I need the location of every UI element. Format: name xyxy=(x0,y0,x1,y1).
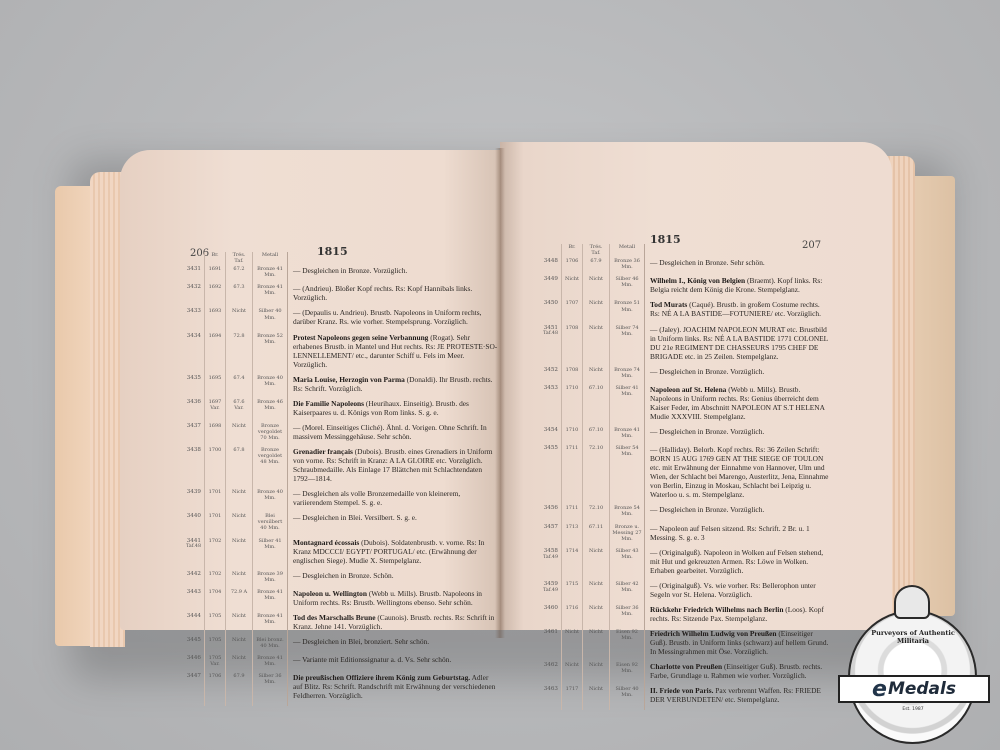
entry-number-value: 3438 xyxy=(187,447,201,453)
entry-metall: Bronze 46 Mm. xyxy=(253,399,288,423)
entry-metall: Bronze u. Messing 27 Mm. xyxy=(610,524,645,548)
entry-br: 1715 xyxy=(562,581,583,605)
entry-number-value: 3443 xyxy=(187,589,201,595)
entry-br: 1711 xyxy=(562,445,583,505)
entry-br: Nicht xyxy=(562,629,583,662)
entry-number: 3459Taf.49 xyxy=(532,581,562,605)
entry-tres: 67.10 xyxy=(583,427,610,445)
entry-number: 3460 xyxy=(532,605,562,629)
entry-description: Die Familie Napoleons (Heurihaux. Einsei… xyxy=(288,399,501,423)
entry-number-value: 3452 xyxy=(544,367,558,373)
entry-metall: Bronze 41 Mm. xyxy=(253,266,288,284)
entry-metall: Silber 43 Mm. xyxy=(610,548,645,581)
catalog-entry: 3431169167.2Bronze 41 Mm.— Desgleichen i… xyxy=(175,266,500,284)
entry-text: — Desgleichen in Blei. Versilbert. S. g.… xyxy=(293,513,417,522)
entry-number-value: 3437 xyxy=(187,423,201,429)
entry-title: Die Familie Napoleons xyxy=(293,399,364,408)
entry-number: 3457 xyxy=(532,524,562,548)
catalog-entry: 3456171172.10Bronze 54 Mm.— Desgleichen … xyxy=(532,505,832,523)
catalog-table-container: Br. Trés. Taf. Metall 3448170667.9Bronze… xyxy=(532,244,832,710)
entry-tres: Nicht xyxy=(583,300,610,324)
entry-tres: Nicht xyxy=(583,662,610,686)
entry-text: — Desgleichen als volle Bronzemedaille v… xyxy=(293,489,460,507)
entry-number-value: 3456 xyxy=(544,505,558,511)
entry-description: — Desgleichen in Bronze. Sehr schön. xyxy=(645,258,833,276)
catalog-entry: 3451Taf.481708NichtSilber 74 Mm.— (Jaley… xyxy=(532,325,832,367)
entry-tres: Nicht xyxy=(583,581,610,605)
entry-number: 3431 xyxy=(175,266,205,284)
logo-motto: Purveyors of Authentic Militaria xyxy=(863,629,963,645)
header-br: Br. xyxy=(562,244,583,258)
entry-number: 3439 xyxy=(175,489,205,513)
entry-br: 1705 xyxy=(205,637,226,655)
entry-number-value: 3444 xyxy=(187,613,201,619)
entry-metall: Bronze 40 Mm. xyxy=(253,489,288,513)
entry-metall: Silber 42 Mm. xyxy=(610,581,645,605)
entry-number-value: 3461 xyxy=(544,629,558,635)
logo-ribbon: eMedals xyxy=(838,675,990,703)
entry-tres: Nicht xyxy=(583,367,610,385)
entry-number: 3461 xyxy=(532,629,562,662)
entry-number: 3458Taf.49 xyxy=(532,548,562,581)
entry-tres: 72.10 xyxy=(583,445,610,505)
catalog-entry: 3432169267.3Bronze 41 Mm.— (Andrieu). Bl… xyxy=(175,284,500,308)
entry-title: Friedrich Wilhelm Ludwig von Preußen xyxy=(650,629,776,638)
catalog-entry: 3441Taf.481702NichtSilber 41 Mm.Montagna… xyxy=(175,538,500,571)
entry-description: — (Originalguß). Vs. wie vorher. Rs: Bel… xyxy=(645,581,833,605)
catalog-entry: 3457171367.11Bronze u. Messing 27 Mm.— N… xyxy=(532,524,832,548)
entry-title: Charlotte von Preußen xyxy=(650,662,722,671)
entry-number-value: 3431 xyxy=(187,266,201,272)
entry-title: Grenadier français xyxy=(293,447,353,456)
header-metall: Metall xyxy=(610,244,645,258)
catalog-entry: 34331693NichtSilber 40 Mm.— (Depaulis u.… xyxy=(175,308,500,332)
entry-description: Napoleon u. Wellington (Webb u. Mills). … xyxy=(288,589,501,613)
crown-icon xyxy=(894,585,930,619)
entry-br: 1710 xyxy=(562,385,583,427)
logo-brand-prefix: e xyxy=(872,677,887,702)
entry-metall: Silber 36 Mm. xyxy=(253,673,288,706)
entry-tres: Nicht xyxy=(226,423,253,447)
header-description xyxy=(645,244,833,258)
logo-brand-name: Medals xyxy=(888,679,956,699)
entry-plate: Taf.49 xyxy=(534,555,558,561)
entry-tres: 67.9 xyxy=(583,258,610,276)
entry-description: — Desgleichen in Bronze. Vorzüglich. xyxy=(645,367,833,385)
entry-description: II. Friede von Paris. Pax verbrennt Waff… xyxy=(645,686,833,710)
entry-tres: Nicht xyxy=(226,613,253,637)
header-number xyxy=(175,252,205,266)
entry-tres: Nicht xyxy=(226,489,253,513)
entry-description: Die preußischen Offiziere ihrem König zu… xyxy=(288,673,501,706)
entry-tres: 67.10 xyxy=(583,385,610,427)
catalog-entry: 34631717NichtSilber 40 Mm.II. Friede von… xyxy=(532,686,832,710)
entry-number-value: 3459 xyxy=(544,581,558,587)
entry-metall: Silber 54 Mm. xyxy=(610,445,645,505)
entry-tres: Nicht xyxy=(583,629,610,662)
entry-number-value: 3454 xyxy=(544,427,558,433)
entry-number-value: 3463 xyxy=(544,686,558,692)
entry-number-value: 3432 xyxy=(187,284,201,290)
entry-text: — Napoleon auf Felsen sitzend. Rs: Schri… xyxy=(650,524,810,542)
entry-text: — (Halliday). Belorb. Kopf rechts. Rs: 3… xyxy=(650,445,828,499)
entry-tres: 67.3 xyxy=(226,284,253,308)
catalog-entry: 3458Taf.491714NichtSilber 43 Mm.— (Origi… xyxy=(532,548,832,581)
entry-number-value: 3447 xyxy=(187,673,201,679)
entry-description: Friedrich Wilhelm Ludwig von Preußen (Ei… xyxy=(645,629,833,662)
entry-metall: Bronze 40 Mm. xyxy=(253,375,288,399)
entry-number-value: 3441 xyxy=(187,538,201,544)
entry-description: Charlotte von Preußen (Einseitiger Guß).… xyxy=(645,662,833,686)
entry-br: 1695 xyxy=(205,375,226,399)
entry-br: 1694 xyxy=(205,333,226,375)
logo-established: Est. 1987 xyxy=(893,707,933,712)
catalog-header-row: Br. Trés. Taf. Metall xyxy=(175,252,500,266)
entry-description: Protest Napoleons gegen seine Verbannung… xyxy=(288,333,501,375)
entry-number: 3437 xyxy=(175,423,205,447)
entry-number-value: 3460 xyxy=(544,605,558,611)
entry-title: Protest Napoleons gegen seine Verbannung xyxy=(293,333,428,342)
entry-tres: Nicht xyxy=(583,325,610,367)
entry-br: 1701 xyxy=(205,513,226,537)
entry-br: Nicht xyxy=(562,276,583,300)
entry-br: 1708 xyxy=(562,325,583,367)
entry-number: 3436 xyxy=(175,399,205,423)
entry-number: 3435 xyxy=(175,375,205,399)
entry-metall: Bronze 41 Mm. xyxy=(253,613,288,637)
entry-metall: Bronze 41 Mm. xyxy=(253,589,288,613)
entry-number-value: 3458 xyxy=(544,548,558,554)
entry-tres: 67.2 xyxy=(226,266,253,284)
entry-number: 3454 xyxy=(532,427,562,445)
entry-number-value: 3450 xyxy=(544,300,558,306)
entry-metall: Bronze 39 Mm. xyxy=(253,571,288,589)
catalog-entry: 34461705 Var.NichtBronze 41 Mm.— Variant… xyxy=(175,655,500,673)
entry-metall: Bronze 74 Mm. xyxy=(610,367,645,385)
entry-title: II. Friede von Paris. xyxy=(650,686,713,695)
entry-number-value: 3451 xyxy=(544,325,558,331)
entry-metall: Bronze 52 Mm. xyxy=(253,333,288,375)
catalog-entry: 3443170472.9 ABronze 41 Mm.Napoleon u. W… xyxy=(175,589,500,613)
entry-metall: Silber 41 Mm. xyxy=(253,538,288,571)
entry-tres: Nicht xyxy=(226,571,253,589)
entry-description: — Desgleichen in Blei. Versilbert. S. g.… xyxy=(288,513,501,537)
entry-number: 3445 xyxy=(175,637,205,655)
entry-metall: Eisen 92 Mm. xyxy=(610,629,645,662)
entry-number-value: 3439 xyxy=(187,489,201,495)
entry-title: Napoleon u. Wellington xyxy=(293,589,367,598)
entry-number: 3450 xyxy=(532,300,562,324)
entry-description: Tod Murats (Caqué). Brustb. in großem Co… xyxy=(645,300,833,324)
catalog-header-row: Br. Trés. Taf. Metall xyxy=(532,244,832,258)
entry-description: — Desgleichen in Bronze. Vorzüglich. xyxy=(645,505,833,523)
entry-number: 3441Taf.48 xyxy=(175,538,205,571)
entry-br: 1701 xyxy=(205,489,226,513)
entry-metall: Silber 40 Mm. xyxy=(253,308,288,332)
entry-br: 1710 xyxy=(562,427,583,445)
entry-number-value: 3457 xyxy=(544,524,558,530)
entry-metall: Silber 46 Mm. xyxy=(610,276,645,300)
entry-br: 1716 xyxy=(562,605,583,629)
entry-text: — Desgleichen in Bronze. Schön. xyxy=(293,571,394,580)
entry-title: Rückkehr Friedrich Wilhelms nach Berlin xyxy=(650,605,783,614)
entry-number: 3433 xyxy=(175,308,205,332)
entry-text: — (Originalguß). Napoleon in Wolken auf … xyxy=(650,548,823,575)
catalog-entry: 34521708NichtBronze 74 Mm.— Desgleichen … xyxy=(532,367,832,385)
entry-number: 3447 xyxy=(175,673,205,706)
entry-description: — Desgleichen als volle Bronzemedaille v… xyxy=(288,489,501,513)
entry-metall: Bronze vergoldet 70 Mm. xyxy=(253,423,288,447)
entry-text: — (Jaley). JOACHIM NAPOLEON MURAT etc. B… xyxy=(650,325,828,361)
entry-number-value: 3455 xyxy=(544,445,558,451)
entry-text: — Variante mit Editionssignatur a. d. Vs… xyxy=(293,655,451,664)
entry-tres: 72.9 A xyxy=(226,589,253,613)
catalog-entry: 34451705NichtBlei bronz. 40 Mm.— Desglei… xyxy=(175,637,500,655)
entry-number: 3432 xyxy=(175,284,205,308)
entry-number-value: 3448 xyxy=(544,258,558,264)
entry-br: 1714 xyxy=(562,548,583,581)
entry-title: Maria Louise, Herzogin von Parma xyxy=(293,375,405,384)
entry-number: 3434 xyxy=(175,333,205,375)
entry-text: — (Morel. Einseitiges Cliché). Ähnl. d. … xyxy=(293,423,487,441)
left-page: 206 1815 Br. Trés. Taf. Metall 343116916… xyxy=(120,150,500,630)
entry-metall: Bronze 51 Mm. xyxy=(610,300,645,324)
entry-br: 1706 xyxy=(562,258,583,276)
entry-number: 3455 xyxy=(532,445,562,505)
emedals-watermark-logo: Purveyors of Authentic Militaria eMedals… xyxy=(838,585,988,745)
catalog-entry: 34401701NichtBlei versilbert 40 Mm.— Des… xyxy=(175,513,500,537)
catalog-entry: 34371698NichtBronze vergoldet 70 Mm.— (M… xyxy=(175,423,500,447)
entry-description: — Desgleichen in Bronze. Schön. xyxy=(288,571,501,589)
catalog-entry: 34391701NichtBronze 40 Mm.— Desgleichen … xyxy=(175,489,500,513)
entry-number: 3440 xyxy=(175,513,205,537)
entry-tres: 72.10 xyxy=(583,505,610,523)
entry-br: 1711 xyxy=(562,505,583,523)
catalog-entry: 3462NichtNichtEisen 92 Mm.Charlotte von … xyxy=(532,662,832,686)
entry-title: Tod des Marschalls Brune xyxy=(293,613,375,622)
entry-metall: Bronze 41 Mm. xyxy=(253,284,288,308)
entry-tres: 67.9 xyxy=(226,673,253,706)
catalog-entry: 3455171172.10Silber 54 Mm.— (Halliday). … xyxy=(532,445,832,505)
catalog-table: Br. Trés. Taf. Metall 3431169167.2Bronze… xyxy=(175,252,500,706)
entry-text: — Desgleichen in Blei, bronziert. Sehr s… xyxy=(293,637,429,646)
entry-br: 1691 xyxy=(205,266,226,284)
catalog-entry: 3438170067.8Bronze vergoldet 48 Mm.Grena… xyxy=(175,447,500,489)
catalog-entry: 3454171067.10Bronze 41 Mm.— Desgleichen … xyxy=(532,427,832,445)
entry-description: Grenadier français (Dubois). Brustb. ein… xyxy=(288,447,501,489)
book-gutter xyxy=(495,148,505,638)
catalog-entry: 34501707NichtBronze 51 Mm.Tod Murats (Ca… xyxy=(532,300,832,324)
catalog-entry: 3453171067.10Silber 41 Mm.Napoleon auf S… xyxy=(532,385,832,427)
entry-tres: Nicht xyxy=(583,276,610,300)
entry-metall: Bronze 54 Mm. xyxy=(610,505,645,523)
entry-br: 1692 xyxy=(205,284,226,308)
entry-description: — Variante mit Editionssignatur a. d. Vs… xyxy=(288,655,501,673)
entry-title: Napoleon auf St. Helena xyxy=(650,385,726,394)
entry-br: 1706 xyxy=(205,673,226,706)
entry-text: — (Andrieu). Bloßer Kopf rechts. Rs: Kop… xyxy=(293,284,472,302)
entry-text: — (Depaulis u. Andrieu). Brustb. Napoleo… xyxy=(293,308,481,326)
entry-description: — Desgleichen in Bronze. Vorzüglich. xyxy=(288,266,501,284)
catalog-entry: 34441705NichtBronze 41 Mm.Tod des Marsch… xyxy=(175,613,500,637)
entry-metall: Silber 41 Mm. xyxy=(610,385,645,427)
entry-br: 1693 xyxy=(205,308,226,332)
header-number xyxy=(532,244,562,258)
entry-number-value: 3434 xyxy=(187,333,201,339)
entry-br: 1702 xyxy=(205,538,226,571)
entry-number: 3453 xyxy=(532,385,562,427)
entry-number-value: 3462 xyxy=(544,662,558,668)
entry-tres: 67.8 xyxy=(226,447,253,489)
header-tres: Trés. Taf. xyxy=(226,252,253,266)
entry-description: — (Originalguß). Napoleon in Wolken auf … xyxy=(645,548,833,581)
entry-tres: Nicht xyxy=(226,538,253,571)
entry-br: 1713 xyxy=(562,524,583,548)
entry-number: 3442 xyxy=(175,571,205,589)
entry-text: — (Originalguß). Vs. wie vorher. Rs: Bel… xyxy=(650,581,816,599)
entry-metall: Bronze 41 Mm. xyxy=(610,427,645,445)
entry-br: Nicht xyxy=(562,662,583,686)
header-br: Br. xyxy=(205,252,226,266)
entry-description: Napoleon auf St. Helena (Webb u. Mills).… xyxy=(645,385,833,427)
header-tres: Trés. Taf. xyxy=(583,244,610,258)
catalog-entry: 3459Taf.491715NichtSilber 42 Mm.— (Origi… xyxy=(532,581,832,605)
entry-description: — Napoleon auf Felsen sitzend. Rs: Schri… xyxy=(645,524,833,548)
header-metall: Metall xyxy=(253,252,288,266)
entry-metall: Eisen 92 Mm. xyxy=(610,662,645,686)
entry-number: 3452 xyxy=(532,367,562,385)
catalog-entry: 3435169567.4Bronze 40 Mm.Maria Louise, H… xyxy=(175,375,500,399)
entry-number: 3448 xyxy=(532,258,562,276)
entry-metall: Blei versilbert 40 Mm. xyxy=(253,513,288,537)
entry-tres: 72.8 xyxy=(226,333,253,375)
catalog-entry: 34601716NichtSilber 36 Mm.Rückkehr Fried… xyxy=(532,605,832,629)
catalog-body: 3448170667.9Bronze 36 Mm.— Desgleichen i… xyxy=(532,258,832,710)
entry-number: 3444 xyxy=(175,613,205,637)
entry-text: — Desgleichen in Bronze. Vorzüglich. xyxy=(650,505,764,514)
entry-metall: Bronze 41 Mm. xyxy=(253,655,288,673)
catalog-entry: 3461NichtNichtEisen 92 Mm.Friedrich Wilh… xyxy=(532,629,832,662)
entry-title: Die preußischen Offiziere ihrem König zu… xyxy=(293,673,470,682)
entry-description: — (Morel. Einseitiges Cliché). Ähnl. d. … xyxy=(288,423,501,447)
catalog-entry: 34361697 Var.67.6 Var.Bronze 46 Mm.Die F… xyxy=(175,399,500,423)
entry-br: 1705 Var. xyxy=(205,655,226,673)
entry-title: Montagnard écossais xyxy=(293,538,359,547)
catalog-entry: 3449NichtNichtSilber 46 Mm.Wilhelm I., K… xyxy=(532,276,832,300)
entry-number: 3451Taf.48 xyxy=(532,325,562,367)
entry-tres: Nicht xyxy=(226,513,253,537)
entry-number-value: 3436 xyxy=(187,399,201,405)
entry-number: 3449 xyxy=(532,276,562,300)
catalog-entry: 3448170667.9Bronze 36 Mm.— Desgleichen i… xyxy=(532,258,832,276)
entry-metall: Bronze vergoldet 48 Mm. xyxy=(253,447,288,489)
entry-tres: Nicht xyxy=(226,637,253,655)
entry-tres: Nicht xyxy=(583,605,610,629)
entry-description: — (Depaulis u. Andrieu). Brustb. Napoleo… xyxy=(288,308,501,332)
entry-number-value: 3435 xyxy=(187,375,201,381)
catalog-entry: 3434169472.8Bronze 52 Mm.Protest Napoleo… xyxy=(175,333,500,375)
entry-plate: Taf.49 xyxy=(534,588,558,594)
entry-description: Maria Louise, Herzogin von Parma (Donald… xyxy=(288,375,501,399)
catalog-body: 3431169167.2Bronze 41 Mm.— Desgleichen i… xyxy=(175,266,500,706)
catalog-entry: 3447170667.9Silber 36 Mm.Die preußischen… xyxy=(175,673,500,706)
entry-description: Tod des Marschalls Brune (Caunois). Brus… xyxy=(288,613,501,637)
entry-number-value: 3453 xyxy=(544,385,558,391)
entry-description: — (Halliday). Belorb. Kopf rechts. Rs: 3… xyxy=(645,445,833,505)
entry-text: — Desgleichen in Bronze. Vorzüglich. xyxy=(650,367,764,376)
entry-number: 3462 xyxy=(532,662,562,686)
header-description xyxy=(288,252,501,266)
catalog-table-container: Br. Trés. Taf. Metall 3431169167.2Bronze… xyxy=(175,252,500,706)
entry-br: 1704 xyxy=(205,589,226,613)
entry-metall: Blei bronz. 40 Mm. xyxy=(253,637,288,655)
entry-description: — (Andrieu). Bloßer Kopf rechts. Rs: Kop… xyxy=(288,284,501,308)
entry-tres: 67.6 Var. xyxy=(226,399,253,423)
entry-description: — Desgleichen in Bronze. Vorzüglich. xyxy=(645,427,833,445)
entry-number: 3446 xyxy=(175,655,205,673)
entry-tres: Nicht xyxy=(226,655,253,673)
entry-text: — Desgleichen in Bronze. Vorzüglich. xyxy=(293,266,407,275)
entry-br: 1700 xyxy=(205,447,226,489)
entry-br: 1708 xyxy=(562,367,583,385)
entry-number-value: 3445 xyxy=(187,637,201,643)
entry-number: 3438 xyxy=(175,447,205,489)
entry-tres: Nicht xyxy=(583,686,610,710)
entry-text: — Desgleichen in Bronze. Sehr schön. xyxy=(650,258,765,267)
entry-text: — Desgleichen in Bronze. Vorzüglich. xyxy=(650,427,764,436)
entry-br: 1702 xyxy=(205,571,226,589)
entry-br: 1698 xyxy=(205,423,226,447)
entry-number-value: 3440 xyxy=(187,513,201,519)
entry-description: Montagnard écossais (Dubois). Soldatenbr… xyxy=(288,538,501,571)
entry-number: 3456 xyxy=(532,505,562,523)
entry-number: 3463 xyxy=(532,686,562,710)
entry-metall: Bronze 36 Mm. xyxy=(610,258,645,276)
entry-metall: Silber 40 Mm. xyxy=(610,686,645,710)
entry-tres: 67.11 xyxy=(583,524,610,548)
entry-br: 1717 xyxy=(562,686,583,710)
entry-description: Wilhelm I., König von Belgien (Braemt). … xyxy=(645,276,833,300)
entry-number: 3443 xyxy=(175,589,205,613)
catalog-table: Br. Trés. Taf. Metall 3448170667.9Bronze… xyxy=(532,244,832,710)
entry-description: — Desgleichen in Blei, bronziert. Sehr s… xyxy=(288,637,501,655)
entry-number-value: 3446 xyxy=(187,655,201,661)
entry-description: — (Jaley). JOACHIM NAPOLEON MURAT etc. B… xyxy=(645,325,833,367)
entry-tres: Nicht xyxy=(583,548,610,581)
entry-number-value: 3433 xyxy=(187,308,201,314)
entry-number-value: 3449 xyxy=(544,276,558,282)
entry-metall: Silber 36 Mm. xyxy=(610,605,645,629)
entry-plate: Taf.48 xyxy=(534,331,558,337)
entry-title: Wilhelm I., König von Belgien xyxy=(650,276,745,285)
entry-tres: 67.4 xyxy=(226,375,253,399)
entry-metall: Silber 74 Mm. xyxy=(610,325,645,367)
right-page: 1815 207 Br. Trés. Taf. Metall 344817066… xyxy=(500,142,892,630)
entry-tres: Nicht xyxy=(226,308,253,332)
catalog-entry: 34421702NichtBronze 39 Mm.— Desgleichen … xyxy=(175,571,500,589)
entry-plate: Taf.48 xyxy=(177,544,201,550)
entry-br: 1705 xyxy=(205,613,226,637)
entry-br: 1697 Var. xyxy=(205,399,226,423)
entry-br: 1707 xyxy=(562,300,583,324)
entry-description: Rückkehr Friedrich Wilhelms nach Berlin … xyxy=(645,605,833,629)
entry-number-value: 3442 xyxy=(187,571,201,577)
